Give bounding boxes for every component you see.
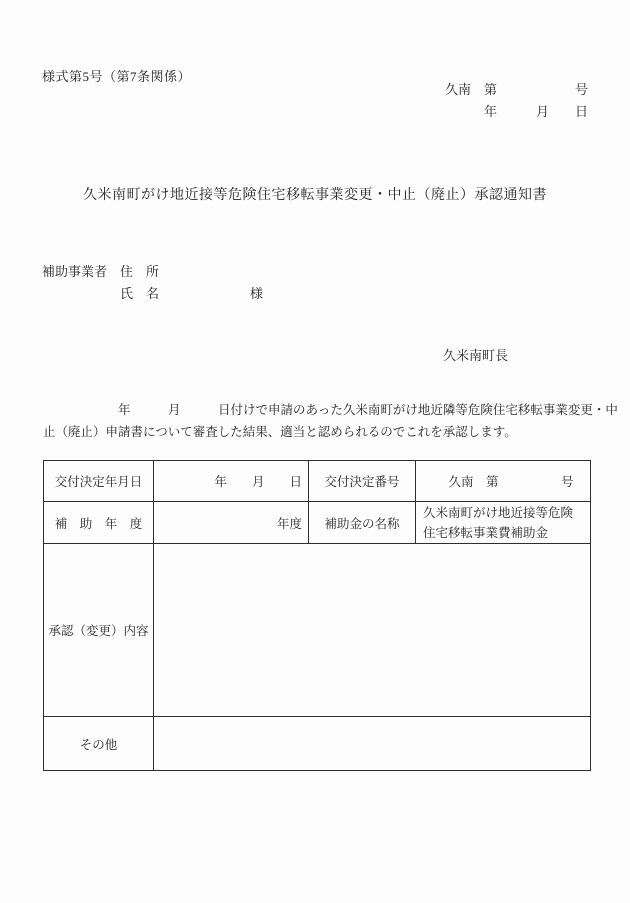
- mayor-name: 久米南町長: [443, 345, 508, 364]
- table-row-other: その他: [44, 717, 591, 771]
- grant-date-value: 年 月 日: [154, 461, 309, 502]
- applicant-address-line: 補助事業者 住 所: [42, 261, 263, 283]
- other-value: [154, 717, 591, 771]
- subsidy-name-value: 久米南町がけ地近接等危険 住宅移転事業費補助金: [416, 502, 591, 544]
- body-paragraph: 年 月 日付けで申請のあった久米南町がけ地近隣等危険住宅移転事業変更・中 止（廃…: [43, 399, 630, 443]
- doc-date-line: 年 月 日: [445, 101, 588, 123]
- approval-table: 交付決定年月日 年 月 日 交付決定番号 久南 第 号 補 助 年 度 年度 補…: [43, 460, 591, 771]
- grant-date-label: 交付決定年月日: [44, 461, 154, 502]
- grant-number-label: 交付決定番号: [309, 461, 416, 502]
- table-row-subsidy: 補 助 年 度 年度 補助金の名称 久米南町がけ地近接等危険 住宅移転事業費補助…: [44, 502, 591, 544]
- subsidy-year-value: 年度: [154, 502, 309, 544]
- form-number: 様式第5号（第7条関係）: [42, 66, 191, 85]
- body-paragraph-line1: 年 月 日付けで申請のあった久米南町がけ地近隣等危険住宅移転事業変更・中: [43, 399, 630, 421]
- subsidy-name-line2: 住宅移転事業費補助金: [423, 523, 590, 543]
- grant-number-value: 久南 第 号: [416, 461, 591, 502]
- applicant-name-line: 氏 名 様: [42, 283, 263, 305]
- doc-number-block: 久南 第 号 年 月 日: [445, 79, 588, 123]
- applicant-block: 補助事業者 住 所 氏 名 様: [42, 261, 263, 305]
- other-label: その他: [44, 717, 154, 771]
- document-title: 久米南町がけ地近接等危険住宅移転事業変更・中止（廃止）承認通知書: [0, 184, 630, 204]
- approval-content-label: 承認（変更）内容: [44, 544, 154, 717]
- doc-number-line: 久南 第 号: [445, 79, 588, 101]
- subsidy-year-label: 補 助 年 度: [44, 502, 154, 544]
- subsidy-name-line1: 久米南町がけ地近接等危険: [423, 503, 590, 523]
- subsidy-name-label: 補助金の名称: [309, 502, 416, 544]
- table-row-grant-decision: 交付決定年月日 年 月 日 交付決定番号 久南 第 号: [44, 461, 591, 502]
- approval-content-value: [154, 544, 591, 717]
- body-paragraph-line2: 止（廃止）申請書について審査した結果、適当と認められるのでこれを承認します。: [43, 421, 630, 443]
- table-row-approval-content: 承認（変更）内容: [44, 544, 591, 717]
- document-page: 様式第5号（第7条関係） 久南 第 号 年 月 日 久米南町がけ地近接等危険住宅…: [0, 0, 630, 903]
